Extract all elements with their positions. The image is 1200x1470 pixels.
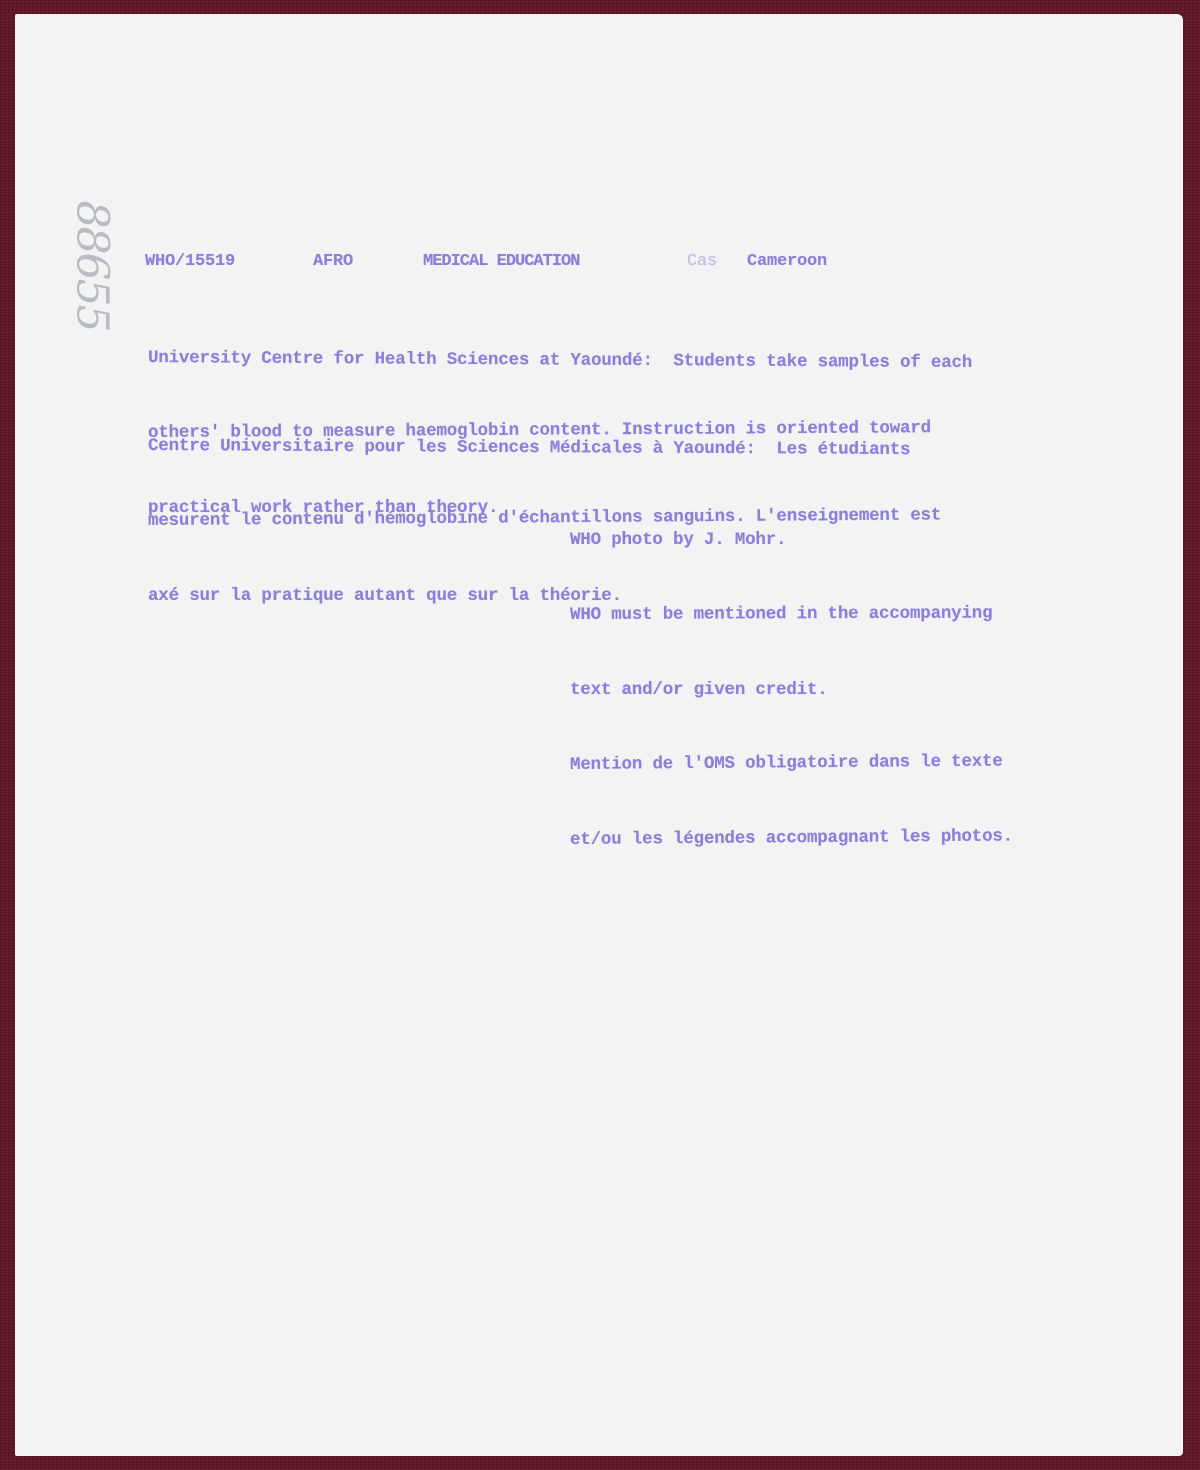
region-code: AFRO <box>313 252 353 271</box>
credit-line: et/ou les légendes accompagnant les phot… <box>570 825 1013 853</box>
photo-credit: WHO photo by J. Mohr. WHO must be mentio… <box>570 478 1013 878</box>
reference-number: WHO/15519 <box>145 252 235 271</box>
handwritten-pencil-number: 88655 <box>67 186 118 346</box>
caption-fr-line: Centre Universitaire pour les Sciences M… <box>148 434 941 463</box>
country-name: Cameroon <box>747 252 827 271</box>
struck-out-text: Cas <box>687 252 717 271</box>
credit-line: WHO photo by J. Mohr. <box>570 528 1013 553</box>
credit-line: text and/or given credit. <box>570 678 1013 703</box>
subject-heading: MEDICAL EDUCATION <box>423 252 579 271</box>
credit-line: WHO must be mentioned in the accompanyin… <box>570 601 1013 628</box>
credit-line: Mention de l'OMS obligatoire dans le tex… <box>570 750 1013 778</box>
caption-en-line: University Centre for Health Sciences at… <box>148 346 972 376</box>
